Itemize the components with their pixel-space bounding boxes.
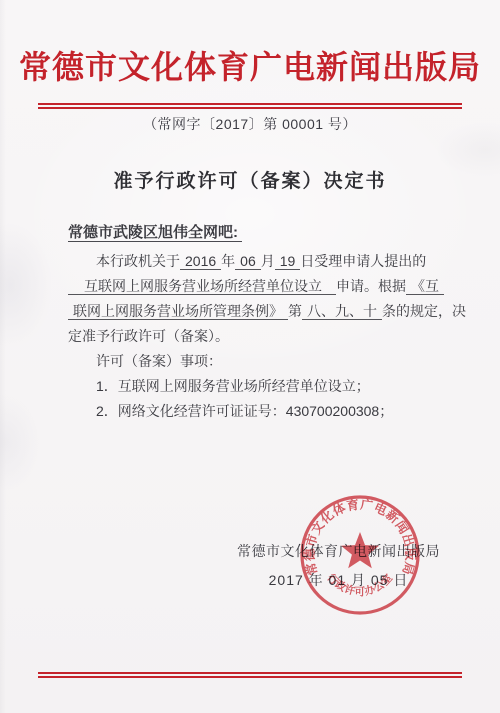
recipient-name: 常德市武陵区旭伟全网吧: [68, 224, 242, 242]
recipient-line: 常德市武陵区旭伟全网吧: [68, 221, 242, 242]
blank-field-month: 06 [235, 253, 261, 270]
footer-divider-line [38, 672, 462, 678]
body-line-5-items-heading: 许可（备案）事项： [68, 349, 448, 374]
body-text: 年 [221, 253, 235, 269]
official-red-seal-stamp: 常德市文化体育广电新闻出版局 行政许可办公室 [297, 492, 423, 618]
permit-item-1: 1．互联网上网服务营业场所经营单位设立； [68, 374, 448, 399]
body-text: 定准予行政许可（备案）。 [68, 328, 229, 344]
body-text: 许可（备案）事项： [96, 353, 222, 369]
blank-field-articles: 八、九、十 [302, 303, 382, 320]
document-title: 准予行政许可（备案）决定书 [0, 166, 500, 193]
permit-items-list: 1．互联网上网服务营业场所经营单位设立； 2．网络文化经营许可证证号：43070… [68, 374, 448, 424]
body-line-2: 互联网上网服务营业场所经营单位设立申请。根据《互 [68, 274, 448, 299]
blank-field-regulation-start: 《互 [406, 278, 444, 295]
blank-field-regulation-end: 联网上网服务营业场所管理条例》 [68, 303, 288, 320]
body-text: 日受理申请人提出的 [300, 253, 426, 269]
blank-field-application-type: 互联网上网服务营业场所经营单位设立 [68, 278, 336, 295]
body-text: 本行政机关于 [96, 253, 180, 269]
body-text: 月 [261, 253, 275, 269]
body-line-3: 联网上网服务营业场所管理条例》第八、九、十条的规定，决 [68, 299, 448, 324]
body-line-1: 本行政机关于2016年06月19日受理申请人提出的 [68, 249, 448, 274]
body-text: 条的规定，决 [382, 303, 466, 319]
blank-field-year: 2016 [180, 253, 221, 270]
letterhead-divider-line [38, 103, 462, 109]
body-text: 第 [288, 303, 302, 319]
star-icon [341, 532, 379, 568]
body-line-4: 定准予行政许可（备案）。 [68, 324, 448, 349]
svg-text:行政许可办公室: 行政许可办公室 [325, 571, 396, 598]
stamp-office-text: 行政许可办公室 [325, 571, 396, 598]
scanned-document-page: 常德市文化体育广电新闻出版局 （常网字〔2017〕第 00001 号） 准予行政… [0, 0, 500, 713]
document-body: 本行政机关于2016年06月19日受理申请人提出的 互联网上网服务营业场所经营单… [68, 249, 448, 424]
letterhead-agency-name: 常德市文化体育广电新闻出版局 [0, 46, 500, 88]
permit-item-2: 2．网络文化经营许可证证号：430700200308； [68, 399, 448, 424]
document-reference-number: （常网字〔2017〕第 00001 号） [0, 114, 500, 134]
body-text: 申请。根据 [336, 278, 406, 294]
blank-field-day: 19 [275, 253, 301, 270]
